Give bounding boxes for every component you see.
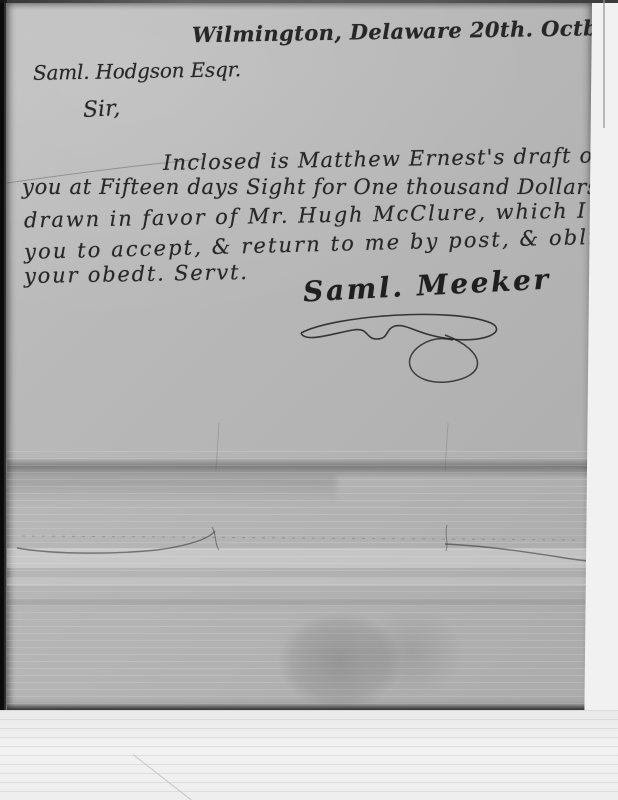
scan-frame-left-edge: [0, 0, 7, 800]
body-line-2: you at Fifteen days Sight for One thousa…: [22, 175, 599, 199]
scanner-background: [0, 710, 618, 800]
letter-scan: Wilmington, Delaware 20th. Octbr. 1797 S…: [0, 0, 618, 800]
scan-frame-top-edge: [0, 0, 618, 3]
letter-paper: Wilmington, Delaware 20th. Octbr. 1797 S…: [7, 3, 592, 710]
body-line-5: your obedt. Servt.: [24, 260, 249, 288]
signature-flourish-icon: [295, 299, 513, 387]
addressee-line: Saml. Hodgson Esqr.: [33, 57, 241, 85]
scan-right-sliver: [603, 0, 605, 128]
salutation: Sir,: [82, 96, 120, 123]
